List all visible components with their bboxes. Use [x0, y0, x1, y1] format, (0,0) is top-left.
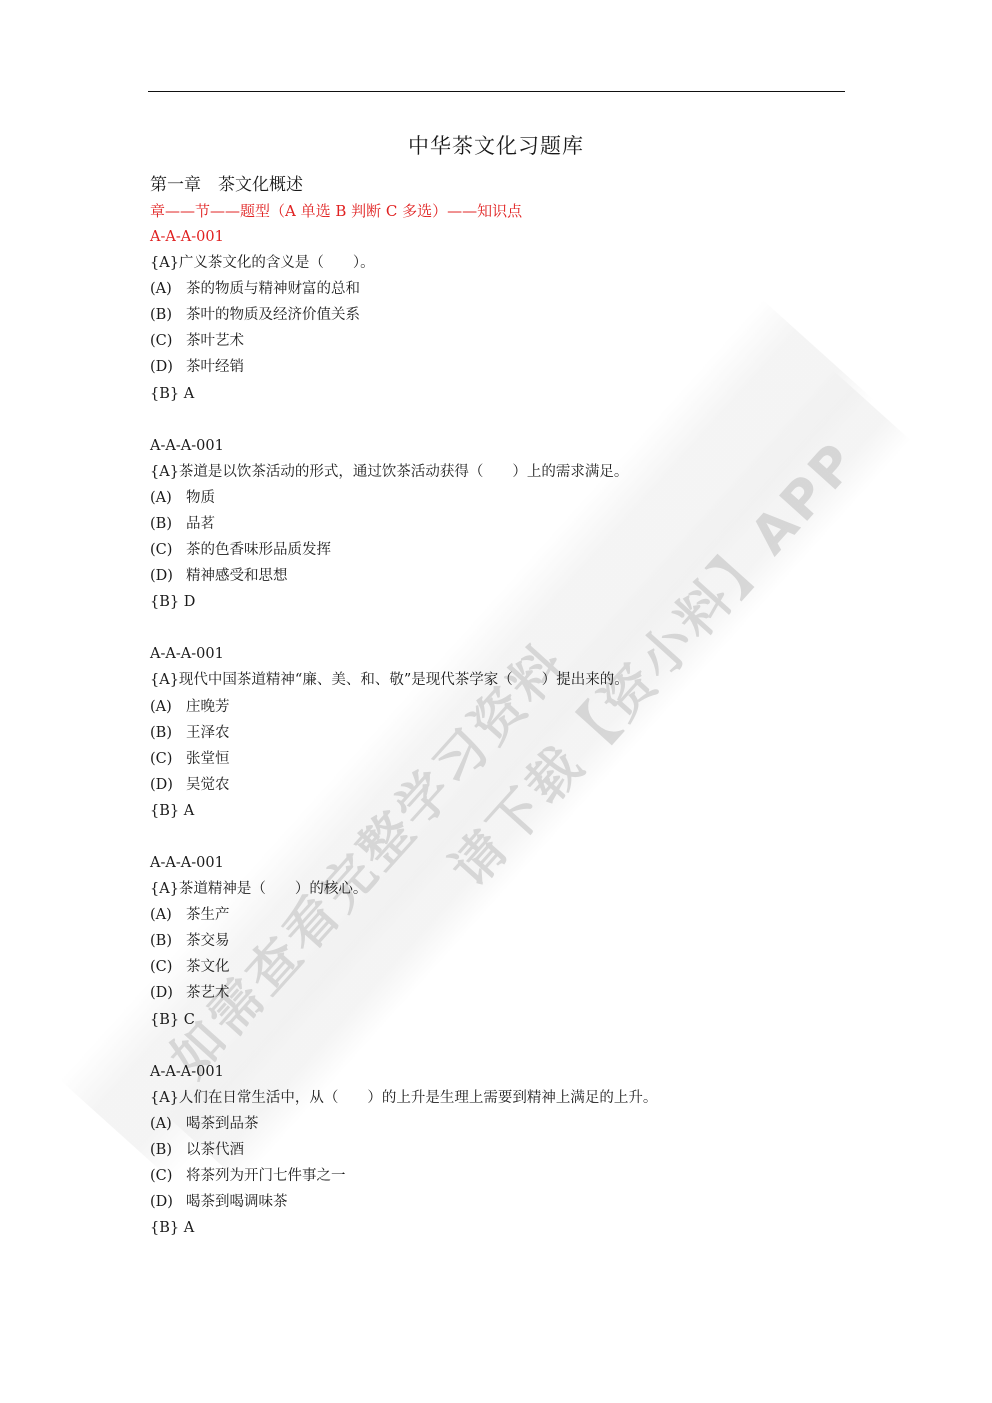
- code-legend: 章——节——题型（A 单选 B 判断 C 多选）——知识点: [150, 198, 870, 224]
- question-code: A-A-A-001: [150, 433, 870, 459]
- option-a: (A)茶生产: [150, 902, 870, 928]
- option-text: 物质: [186, 490, 215, 506]
- option-text: 庄晚芳: [186, 699, 230, 715]
- option-text: 喝茶到品茶: [186, 1116, 259, 1132]
- answer: {B} A: [150, 1215, 870, 1241]
- question-code: A-A-A-001: [150, 850, 870, 876]
- option-c: (C)将茶列为开门七件事之一: [150, 1163, 870, 1189]
- question-code: A-A-A-001: [150, 1059, 870, 1085]
- option-text: 茶文化: [186, 959, 230, 975]
- chapter-title: 第一章 茶文化概述: [150, 172, 870, 198]
- option-a: (A)庄晚芳: [150, 694, 870, 720]
- option-letter: (A): [150, 694, 186, 720]
- option-letter: (C): [150, 328, 186, 354]
- option-b: (B)以茶代酒: [150, 1137, 870, 1163]
- option-letter: (B): [150, 302, 186, 328]
- option-letter: (C): [150, 746, 186, 772]
- option-letter: (B): [150, 928, 186, 954]
- document-title: 中华茶文化习题库: [0, 131, 992, 161]
- option-b: (B)茶叶的物质及经济价值关系: [150, 302, 870, 328]
- option-text: 茶艺术: [186, 985, 230, 1001]
- option-text: 将茶列为开门七件事之一: [186, 1168, 346, 1184]
- document-body: 第一章 茶文化概述 章——节——题型（A 单选 B 判断 C 多选）——知识点 …: [150, 172, 870, 1267]
- option-letter: (C): [150, 954, 186, 980]
- option-d: (D)吴觉农: [150, 772, 870, 798]
- option-letter: (D): [150, 980, 186, 1006]
- question-block: A-A-A-001 {A}现代中国茶道精神“廉、美、和、敬”是现代茶学家（ ）提…: [150, 641, 870, 824]
- option-text: 喝茶到喝调味茶: [186, 1194, 288, 1210]
- answer: {B} C: [150, 1007, 870, 1033]
- option-a: (A)物质: [150, 485, 870, 511]
- answer: {B} D: [150, 589, 870, 615]
- option-letter: (A): [150, 1111, 186, 1137]
- option-letter: (D): [150, 1189, 186, 1215]
- answer: {B} A: [150, 381, 870, 407]
- option-letter: (B): [150, 720, 186, 746]
- question-code: A-A-A-001: [150, 224, 870, 250]
- option-c: (C)茶叶艺术: [150, 328, 870, 354]
- option-letter: (D): [150, 772, 186, 798]
- question-block: A-A-A-001 {A}人们在日常生活中，从（ ）的上升是生理上需要到精神上满…: [150, 1059, 870, 1242]
- option-letter: (C): [150, 537, 186, 563]
- option-letter: (A): [150, 902, 186, 928]
- option-text: 茶的色香味形品质发挥: [186, 542, 331, 558]
- option-b: (B)王泽农: [150, 720, 870, 746]
- option-letter: (A): [150, 276, 186, 302]
- option-letter: (D): [150, 354, 186, 380]
- option-c: (C)茶文化: [150, 954, 870, 980]
- header-rule: [148, 91, 845, 92]
- answer: {B} A: [150, 798, 870, 824]
- option-b: (B)品茗: [150, 511, 870, 537]
- option-letter: (C): [150, 1163, 186, 1189]
- question-stem: {A}茶道精神是（ ）的核心。: [150, 876, 870, 902]
- option-letter: (B): [150, 511, 186, 537]
- option-a: (A)茶的物质与精神财富的总和: [150, 276, 870, 302]
- option-text: 茶叶经销: [186, 359, 244, 375]
- option-text: 王泽农: [186, 725, 230, 741]
- option-c: (C)茶的色香味形品质发挥: [150, 537, 870, 563]
- question-block: A-A-A-001 {A}广义茶文化的含义是（ ）。 (A)茶的物质与精神财富的…: [150, 224, 870, 407]
- option-b: (B)茶交易: [150, 928, 870, 954]
- option-d: (D)茶艺术: [150, 980, 870, 1006]
- question-block: A-A-A-001 {A}茶道精神是（ ）的核心。 (A)茶生产 (B)茶交易 …: [150, 850, 870, 1033]
- option-text: 茶生产: [186, 907, 230, 923]
- option-a: (A)喝茶到品茶: [150, 1111, 870, 1137]
- option-text: 茶交易: [186, 933, 230, 949]
- question-stem: {A}茶道是以饮茶活动的形式，通过饮茶活动获得（ ）上的需求满足。: [150, 459, 870, 485]
- option-text: 茶叶的物质及经济价值关系: [186, 307, 360, 323]
- option-text: 精神感受和思想: [186, 568, 288, 584]
- option-letter: (A): [150, 485, 186, 511]
- question-code: A-A-A-001: [150, 641, 870, 667]
- question-block: A-A-A-001 {A}茶道是以饮茶活动的形式，通过饮茶活动获得（ ）上的需求…: [150, 433, 870, 616]
- question-stem: {A}人们在日常生活中，从（ ）的上升是生理上需要到精神上满足的上升。: [150, 1085, 870, 1111]
- option-text: 以茶代酒: [186, 1142, 244, 1158]
- document-page: 如需查看完整学习资料 请下载【资小料】APP 中华茶文化习题库 第一章 茶文化概…: [0, 0, 992, 1403]
- option-d: (D)喝茶到喝调味茶: [150, 1189, 870, 1215]
- option-d: (D)茶叶经销: [150, 354, 870, 380]
- option-letter: (B): [150, 1137, 186, 1163]
- question-stem: {A}广义茶文化的含义是（ ）。: [150, 250, 870, 276]
- option-letter: (D): [150, 563, 186, 589]
- question-stem: {A}现代中国茶道精神“廉、美、和、敬”是现代茶学家（ ）提出来的。: [150, 667, 870, 693]
- option-text: 品茗: [186, 516, 215, 532]
- option-d: (D)精神感受和思想: [150, 563, 870, 589]
- option-text: 吴觉农: [186, 777, 230, 793]
- option-text: 茶的物质与精神财富的总和: [186, 281, 360, 297]
- option-c: (C)张堂恒: [150, 746, 870, 772]
- option-text: 茶叶艺术: [186, 333, 244, 349]
- option-text: 张堂恒: [186, 751, 230, 767]
